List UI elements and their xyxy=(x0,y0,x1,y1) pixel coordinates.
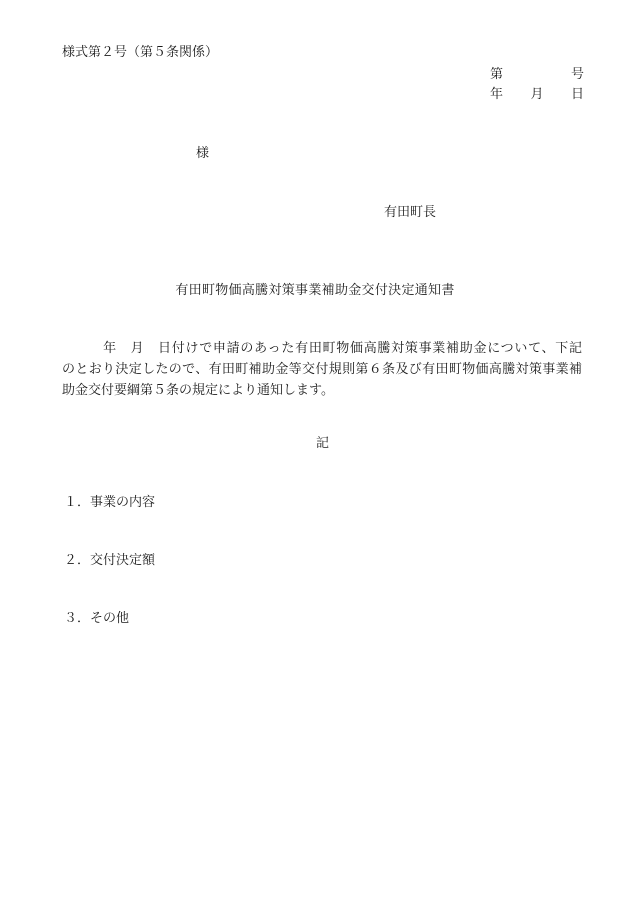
item-grant-amount: ２．交付決定額 xyxy=(64,553,155,569)
body-line: 助金交付要綱第５条の規定により通知します。 xyxy=(62,380,582,401)
doc-number-prefix: 第 xyxy=(490,67,503,83)
date-year: 年 xyxy=(490,87,503,103)
addressee: 様 xyxy=(196,146,209,162)
document-number: 第 号 xyxy=(490,67,584,83)
body-paragraph: 年 月 日付けで申請のあった有田町物価高騰対策事業補助金について、下記 のとおり… xyxy=(62,338,582,401)
date-day: 日 xyxy=(571,87,584,103)
document-title: 有田町物価高騰対策事業補助金交付決定通知書 xyxy=(0,283,630,299)
body-line: 年 月 日付けで申請のあった有田町物価高騰対策事業補助金について、下記 xyxy=(62,338,582,359)
item-business-content: １．事業の内容 xyxy=(64,495,155,511)
doc-number-suffix: 号 xyxy=(571,67,584,83)
body-line: のとおり決定したので、有田町補助金等交付規則第６条及び有田町物価高騰対策事業補 xyxy=(62,359,582,380)
issuer: 有田町長 xyxy=(384,205,436,221)
record-mark: 記 xyxy=(0,436,630,452)
date-month: 月 xyxy=(530,87,543,103)
form-label: 様式第２号（第５条関係） xyxy=(62,45,218,61)
item-other: ３．その他 xyxy=(64,611,129,627)
document-date: 年 月 日 xyxy=(490,87,584,103)
